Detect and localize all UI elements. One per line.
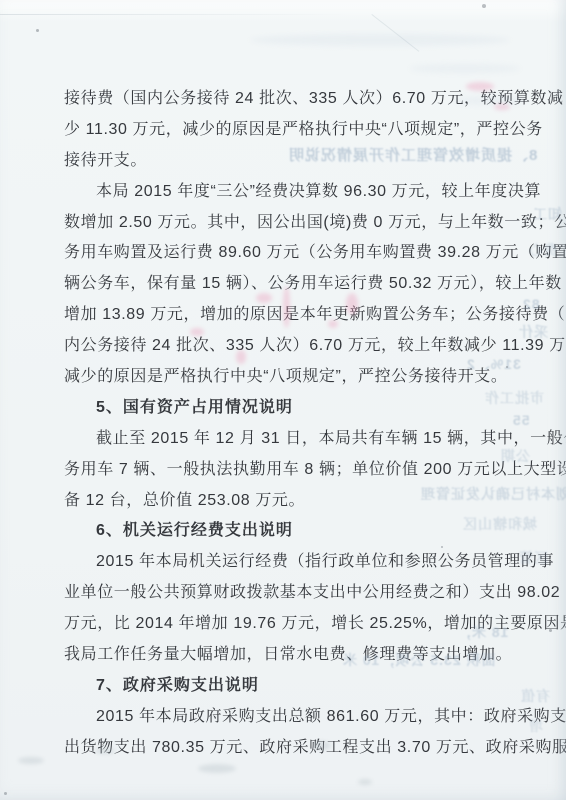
scan-speck (482, 4, 486, 8)
scan-edge-line (0, 14, 351, 15)
scan-smudge (18, 757, 44, 764)
scan-smudge (198, 764, 236, 773)
scan-speck (36, 29, 39, 32)
text-line: 备 12 台，总价值 253.08 万元。 (64, 486, 524, 517)
paper-crease (371, 14, 419, 52)
document-text-block: 接待费（国内公务接待 24 批次、335 人次）6.70 万元，较预算数减少 1… (64, 84, 524, 764)
text-line: 万元，比 2014 年增加 19.76 万元，增长 25.25%，增加的主要原因… (64, 609, 524, 640)
text-line: 务用车购置及运行费 89.60 万元（公务用车购置费 39.28 万元（购置 3 (64, 238, 524, 269)
text-line: 数增加 2.50 万元。其中，因公出国(境)费 0 万元，与上年数一致；公 (64, 208, 524, 239)
section-heading: 5、国有资产占用情况说明 (64, 393, 524, 424)
bleedthrough-streak (410, 64, 520, 73)
text-line: 内公务接待 24 批次、335 人次）6.70 万元，较上年数减少 11.39 … (64, 331, 524, 362)
scan-smudge (358, 779, 372, 785)
bleedthrough-streak (250, 34, 510, 46)
text-line: 接待开支。 (64, 146, 524, 177)
text-line: 减少的原因是严格执行中央“八项规定”，严控公务接待开支。 (64, 362, 524, 393)
text-line: 增加 13.89 万元，增加的原因是本年更新购置公务车；公务接待费（国 (64, 300, 524, 331)
text-line: 我局工作任务量大幅增加，日常水电费、修理费等支出增加。 (64, 640, 524, 671)
scan-speck (4, 792, 7, 795)
section-heading: 7、政府采购支出说明 (64, 671, 524, 702)
text-line: 本局 2015 年度“三公”经费决算数 96.30 万元，较上年度决算 (64, 177, 524, 208)
text-line: 少 11.30 万元，减少的原因是严格执行中央“八项规定”，严控公务 (64, 115, 524, 146)
text-line: 2015 年本局政府采购支出总额 861.60 万元，其中：政府采购支 (64, 702, 524, 733)
text-line: 辆公务车，保有量 15 辆）、公务用车运行费 50.32 万元），较上年数 (64, 269, 524, 300)
section-heading: 6、机关运行经费支出说明 (64, 516, 524, 547)
text-line: 截止至 2015 年 12 月 31 日，本局共有车辆 15 辆，其中，一般公 (64, 424, 524, 455)
text-line: 业单位一般公共预算财政拨款基本支出中公用经费之和）支出 98.02 (64, 578, 524, 609)
text-line: 务用车 7 辆、一般执法执勤用车 8 辆；单位价值 200 万元以上大型设 (64, 455, 524, 486)
text-line: 出货物支出 780.35 万元、政府采购工程支出 3.70 万元、政府采购服 (64, 733, 524, 764)
text-line: 2015 年本局机关运行经费（指行政单位和参照公务员管理的事 (64, 547, 524, 578)
scanned-document-page: 接待费（国内公务接待 24 批次、335 人次）6.70 万元，较预算数减少 1… (0, 0, 566, 800)
text-line: 接待费（国内公务接待 24 批次、335 人次）6.70 万元，较预算数减 (64, 84, 524, 115)
